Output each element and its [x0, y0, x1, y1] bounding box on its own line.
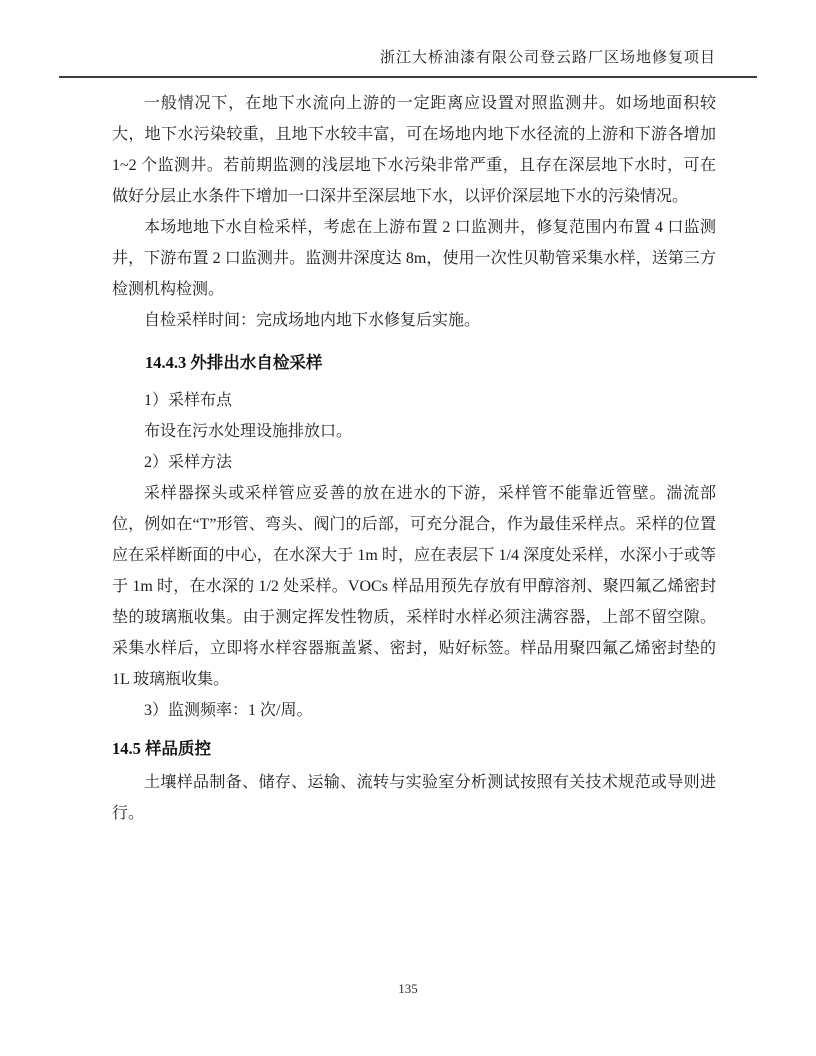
paragraph: 2）采样方法 [112, 447, 716, 478]
page-header-title: 浙江大桥油漆有限公司登云路厂区场地修复项目 [380, 46, 716, 67]
paragraph: 3）监测频率：1 次/周。 [112, 695, 716, 726]
page-number: 135 [398, 981, 418, 996]
document-body: 一般情况下，在地下水流向上游的一定距离应设置对照监测井。如场地面积较大，地下水污… [112, 88, 716, 829]
section-heading: 14.4.3 外排出水自检采样 [112, 347, 716, 378]
paragraph: 1）采样布点 [112, 385, 716, 416]
paragraph: 本场地地下水自检采样，考虑在上游布置 2 口监测井，修复范围内布置 4 口监测井… [112, 212, 716, 305]
header-rule [59, 76, 757, 78]
paragraph: 布设在污水处理设施排放口。 [112, 416, 716, 447]
paragraph: 采样器探头或采样管应妥善的放在进水的下游，采样管不能靠近管壁。湍流部位，例如在“… [112, 478, 716, 695]
paragraph: 土壤样品制备、储存、运输、流转与实验室分析测试按照有关技术规范或导则进行。 [112, 767, 716, 829]
document-page: 浙江大桥油漆有限公司登云路厂区场地修复项目 一般情况下，在地下水流向上游的一定距… [0, 0, 816, 1056]
paragraph: 一般情况下，在地下水流向上游的一定距离应设置对照监测井。如场地面积较大，地下水污… [112, 88, 716, 212]
section-heading: 14.5 样品质控 [112, 733, 716, 764]
page-footer: 135 [0, 981, 816, 997]
paragraph: 自检采样时间：完成场地内地下水修复后实施。 [112, 305, 716, 336]
